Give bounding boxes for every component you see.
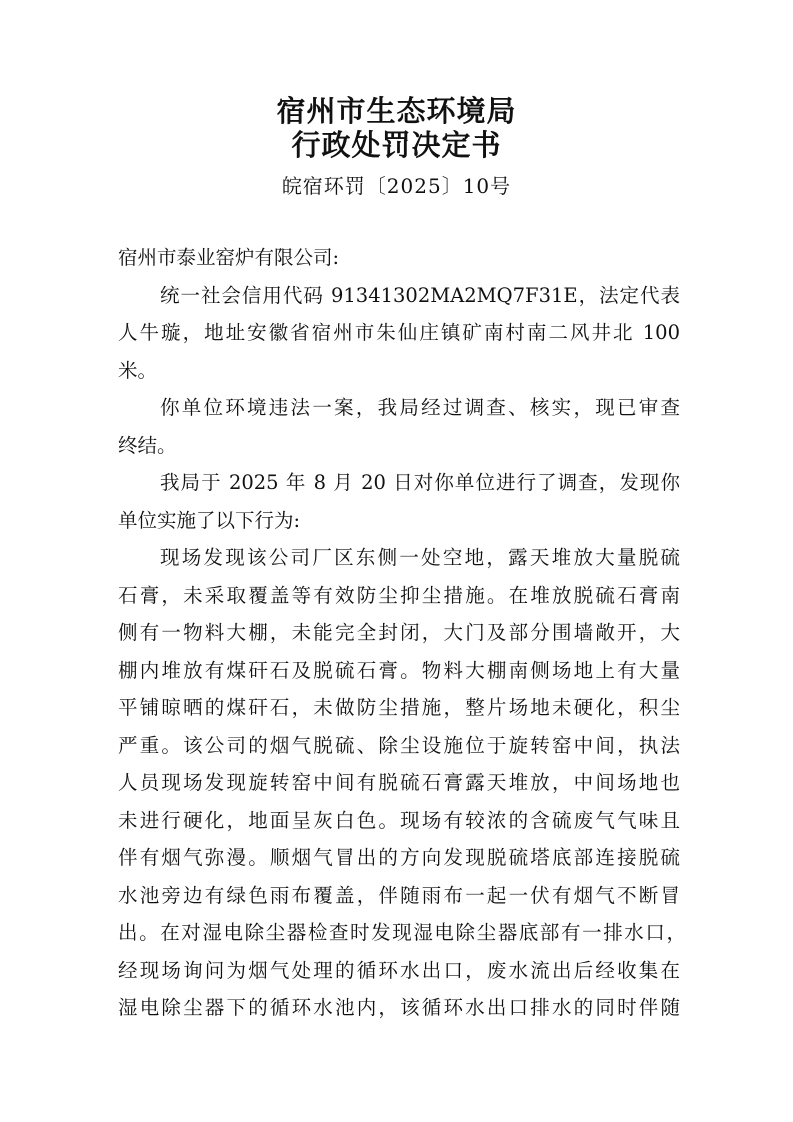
paragraph-line: 严重。该公司的烟气脱硫、除尘设施位于旋转窑中间，执法: [118, 734, 680, 758]
paragraph-line: 统一社会信用代码 91341302MA2MQ7F31E，法定代表: [160, 284, 680, 308]
paragraph-line: 棚内堆放有煤矸石及脱硫石膏。物料大棚南侧场地上有大量: [118, 659, 680, 683]
paragraph-line: 石膏，未采取覆盖等有效防尘抑尘措施。在堆放脱硫石膏南: [118, 584, 680, 608]
paragraph-line: 经现场询问为烟气处理的循环水出口，废水流出后经收集在: [118, 959, 680, 983]
paragraph-line: 人员现场发现旋转窑中间有脱硫石膏露天堆放，中间场地也: [118, 771, 680, 795]
paragraph-line: 水池旁边有绿色雨布覆盖，伴随雨布一起一伏有烟气不断冒: [118, 884, 680, 908]
paragraph-line: 侧有一物料大棚，未能完全封闭，大门及部分围墙敞开，大: [118, 621, 680, 645]
paragraph-line: 出。在对湿电除尘器检查时发现湿电除尘器底部有一排水口，: [118, 921, 686, 945]
paragraph-line: 湿电除尘器下的循环水池内，该循环水出口排水的同时伴随: [118, 996, 680, 1020]
paragraph-line: 你单位环境违法一案，我局经过调查、核实，现已审查: [160, 396, 680, 420]
addressee: 宿州市泰业窑炉有限公司:: [118, 246, 680, 270]
paragraph-line: 平铺晾晒的煤矸石，未做防尘措施，整片场地未硬化，积尘: [118, 696, 680, 720]
paragraph-line: 终结。: [118, 434, 680, 458]
paragraph-line: 人牛璇，地址安徽省宿州市朱仙庄镇矿南村南二风井北 100: [118, 321, 680, 345]
paragraph-line: 现场发现该公司厂区东侧一处空地，露天堆放大量脱硫: [160, 546, 680, 570]
paragraph-line: 未进行硬化，地面呈灰白色。现场有较浓的含硫废气气味且: [118, 809, 680, 833]
paragraph-line: 伴有烟气弥漫。顺烟气冒出的方向发现脱硫塔底部连接脱硫: [118, 846, 680, 870]
paragraph-line: 米。: [118, 359, 680, 383]
paragraph-line: 单位实施了以下行为:: [118, 509, 680, 533]
paragraph-line: 我局于 2025 年 8 月 20 日对你单位进行了调查，发现你: [160, 471, 680, 495]
issuing-authority-title: 宿州市生态环境局: [0, 94, 793, 128]
document-number: 皖宿环罚〔2025〕10号: [0, 170, 793, 199]
document-type-title: 行政处罚决定书: [0, 128, 793, 162]
